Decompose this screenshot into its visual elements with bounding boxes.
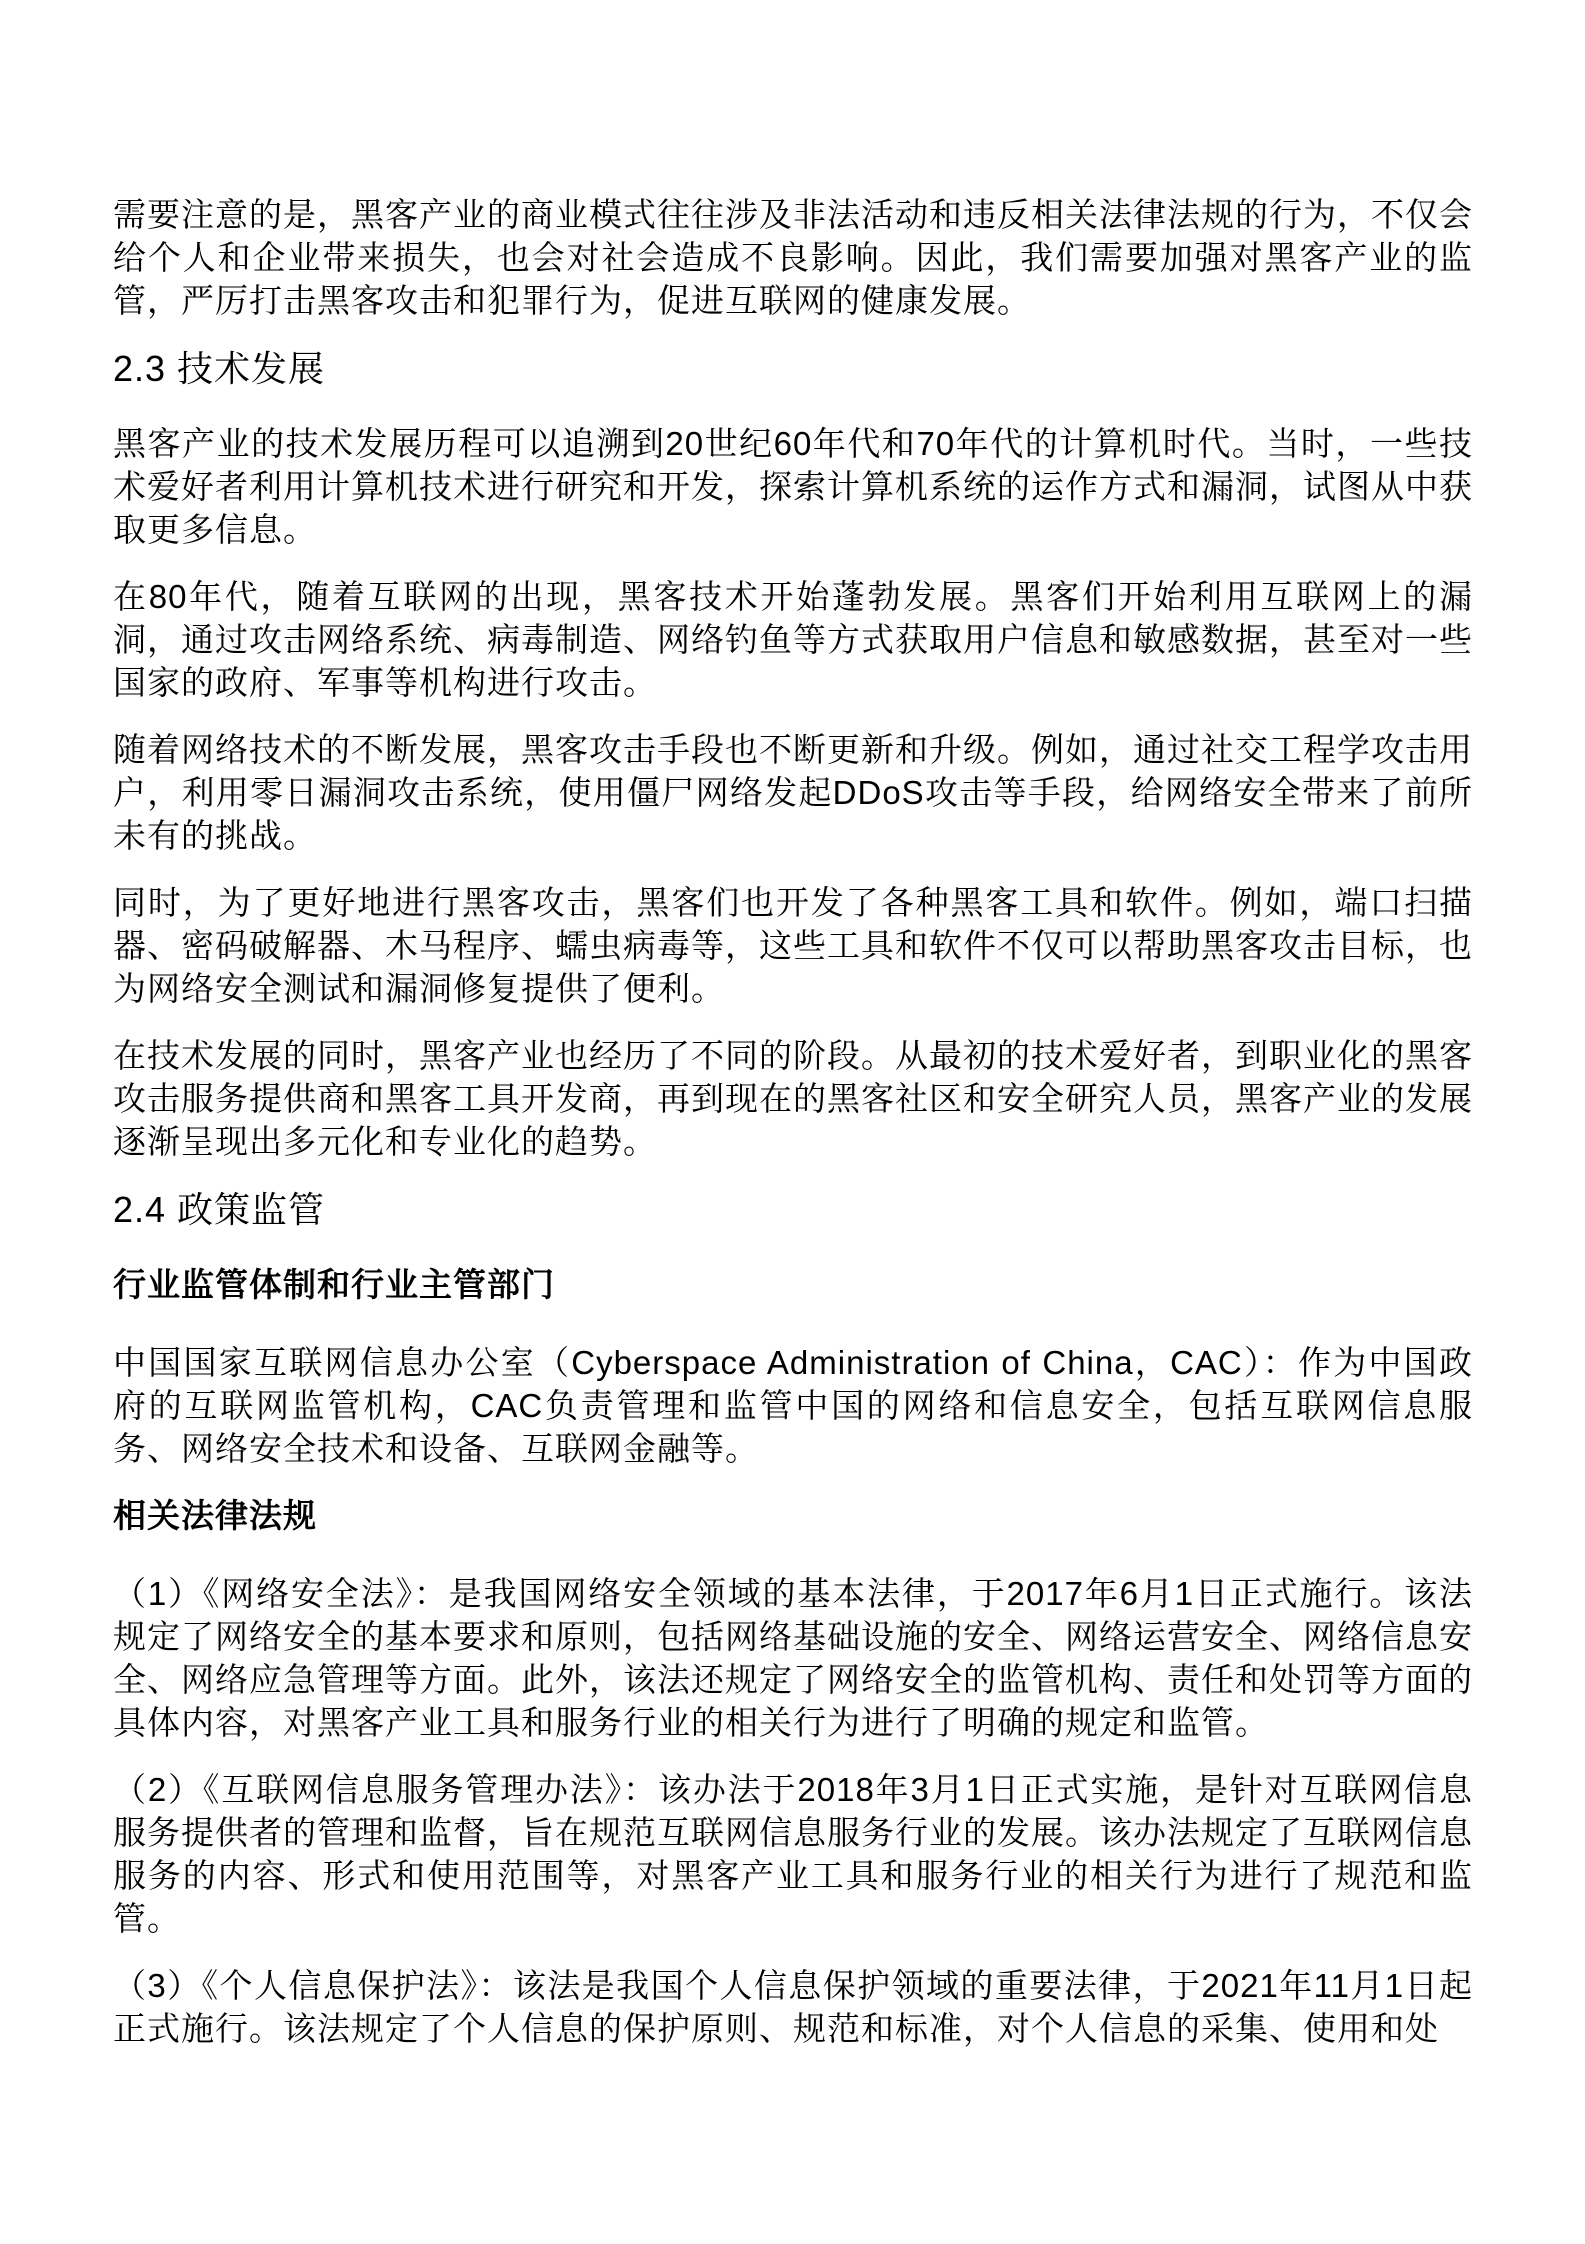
paragraph-hacker-tools: 同时，为了更好地进行黑客攻击，黑客们也开发了各种黑客工具和软件。例如，端口扫描器… xyxy=(113,881,1473,1010)
paragraph-law-1-cybersecurity-law: （1）《网络安全法》：是我国网络安全领域的基本法律，于2017年6月1日正式施行… xyxy=(113,1572,1473,1744)
document-content: 需要注意的是，黑客产业的商业模式往往涉及非法活动和违反相关法律法规的行为，不仅会… xyxy=(113,193,1473,2050)
paragraph-law-3-personal-info-protection-law: （3）《个人信息保护法》：该法是我国个人信息保护领域的重要法律，于2021年11… xyxy=(113,1964,1473,2050)
paragraph-tech-history-80s: 在80年代，随着互联网的出现，黑客技术开始蓬勃发展。黑客们开始利用互联网上的漏洞… xyxy=(113,575,1473,704)
section-heading-2-3-tech-development: 2.3 技术发展 xyxy=(113,346,1473,392)
paragraph-business-model-warning: 需要注意的是，黑客产业的商业模式往往涉及非法活动和违反相关法律法规的行为，不仅会… xyxy=(113,193,1473,322)
paragraph-industry-stages: 在技术发展的同时，黑客产业也经历了不同的阶段。从最初的技术爱好者，到职业化的黑客… xyxy=(113,1034,1473,1163)
paragraph-cac-regulator: 中国国家互联网信息办公室（Cyberspace Administration o… xyxy=(113,1341,1473,1470)
sub-heading-related-laws: 相关法律法规 xyxy=(113,1494,1473,1538)
paragraph-tech-history-origin: 黑客产业的技术发展历程可以追溯到20世纪60年代和70年代的计算机时代。当时，一… xyxy=(113,422,1473,551)
sub-heading-regulatory-system: 行业监管体制和行业主管部门 xyxy=(113,1263,1473,1307)
paragraph-attack-methods-evolution: 随着网络技术的不断发展，黑客攻击手段也不断更新和升级。例如，通过社交工程学攻击用… xyxy=(113,728,1473,857)
paragraph-law-2-internet-info-service-measures: （2）《互联网信息服务管理办法》：该办法于2018年3月1日正式实施，是针对互联… xyxy=(113,1768,1473,1940)
document-page: 需要注意的是，黑客产业的商业模式往往涉及非法活动和违反相关法律法规的行为，不仅会… xyxy=(0,0,1585,2244)
section-heading-2-4-policy-regulation: 2.4 政策监管 xyxy=(113,1187,1473,1233)
